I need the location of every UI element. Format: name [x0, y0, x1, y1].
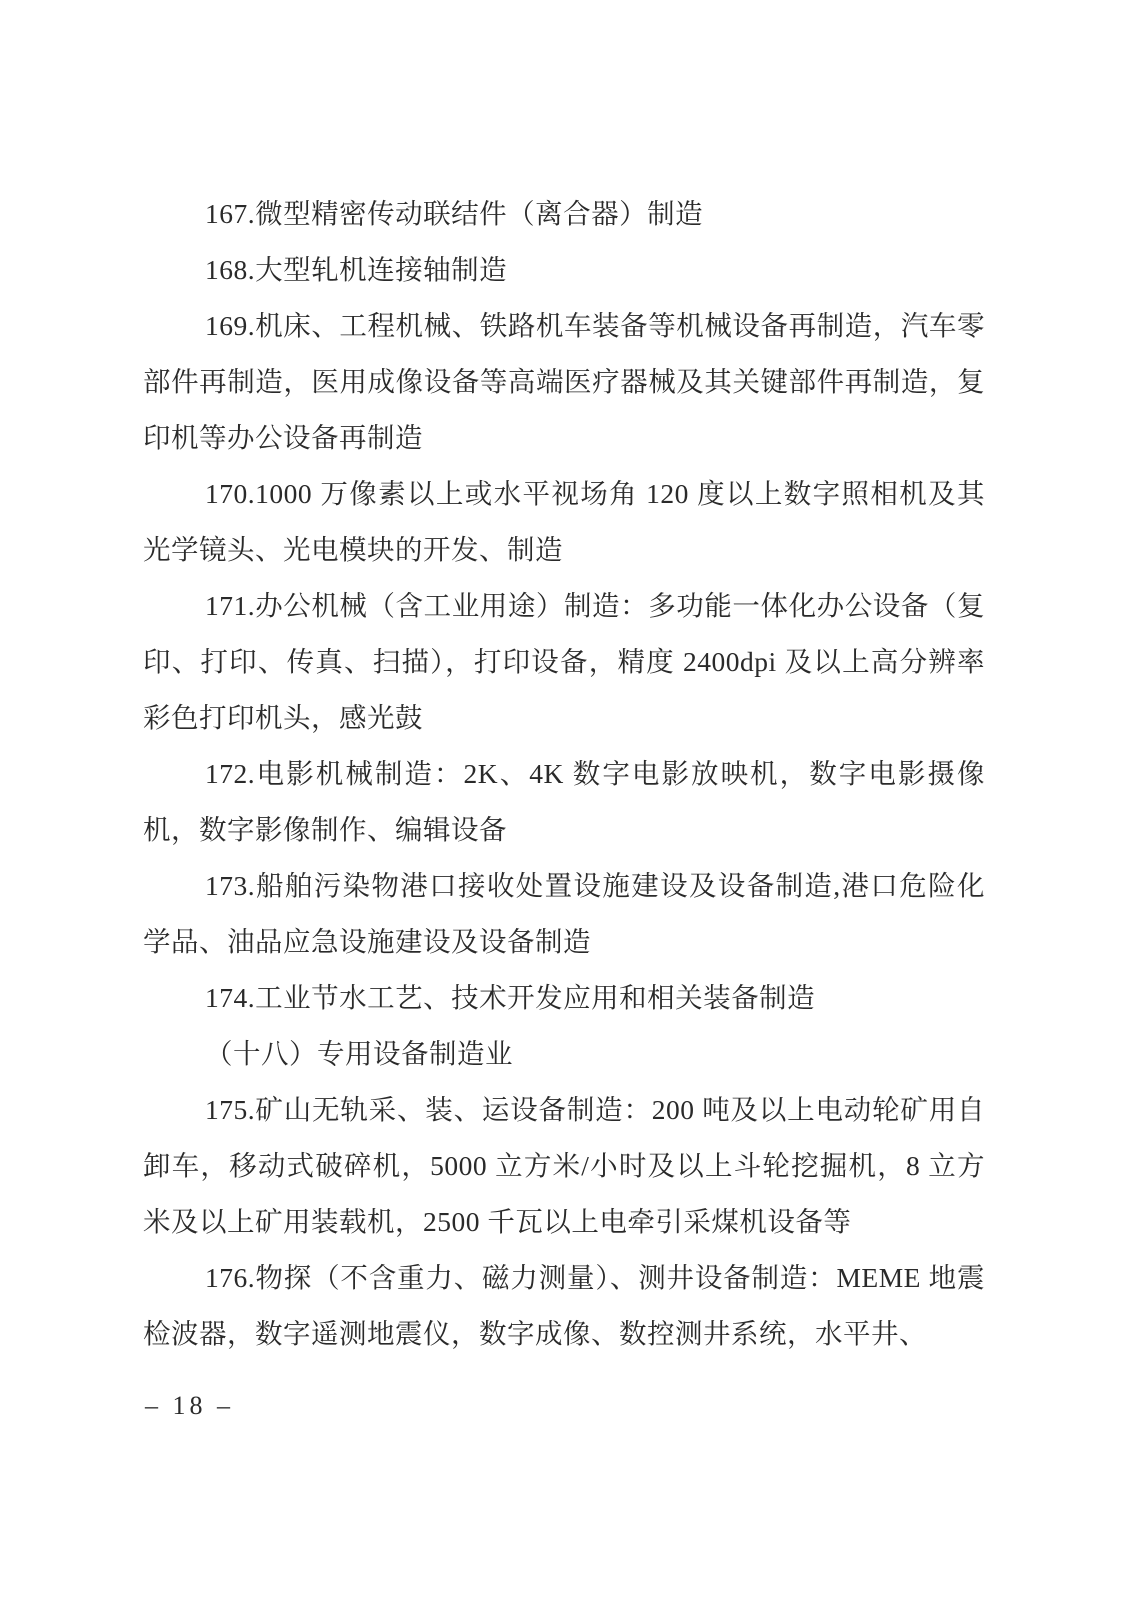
list-item-176: 176.物探（不含重力、磁力测量）、测井设备制造：MEME 地震检波器，数字遥测…: [143, 1250, 985, 1362]
list-item-172: 172.电影机械制造：2K、4K 数字电影放映机，数字电影摄像机，数字影像制作、…: [143, 746, 985, 858]
list-item-169: 169.机床、工程机械、铁路机车装备等机械设备再制造，汽车零部件再制造，医用成像…: [143, 298, 985, 466]
document-page: 167.微型精密传动联结件（离合器）制造168.大型轧机连接轴制造169.机床、…: [0, 0, 1131, 1600]
list-item-171: 171.办公机械（含工业用途）制造：多功能一体化办公设备（复印、打印、传真、扫描…: [143, 578, 985, 746]
document-body: 167.微型精密传动联结件（离合器）制造168.大型轧机连接轴制造169.机床、…: [143, 186, 985, 1362]
list-item-173: 173.船舶污染物港口接收处置设施建设及设备制造,港口危险化学品、油品应急设施建…: [143, 858, 985, 970]
page-number: – 18 –: [145, 1386, 234, 1426]
list-item-175: 175.矿山无轨采、装、运设备制造：200 吨及以上电动轮矿用自卸车，移动式破碎…: [143, 1082, 985, 1250]
list-item-168: 168.大型轧机连接轴制造: [143, 242, 985, 298]
section-heading-section-18: （十八）专用设备制造业: [143, 1026, 985, 1082]
list-item-167: 167.微型精密传动联结件（离合器）制造: [143, 186, 985, 242]
list-item-170: 170.1000 万像素以上或水平视场角 120 度以上数字照相机及其光学镜头、…: [143, 466, 985, 578]
list-item-174: 174.工业节水工艺、技术开发应用和相关装备制造: [143, 970, 985, 1026]
